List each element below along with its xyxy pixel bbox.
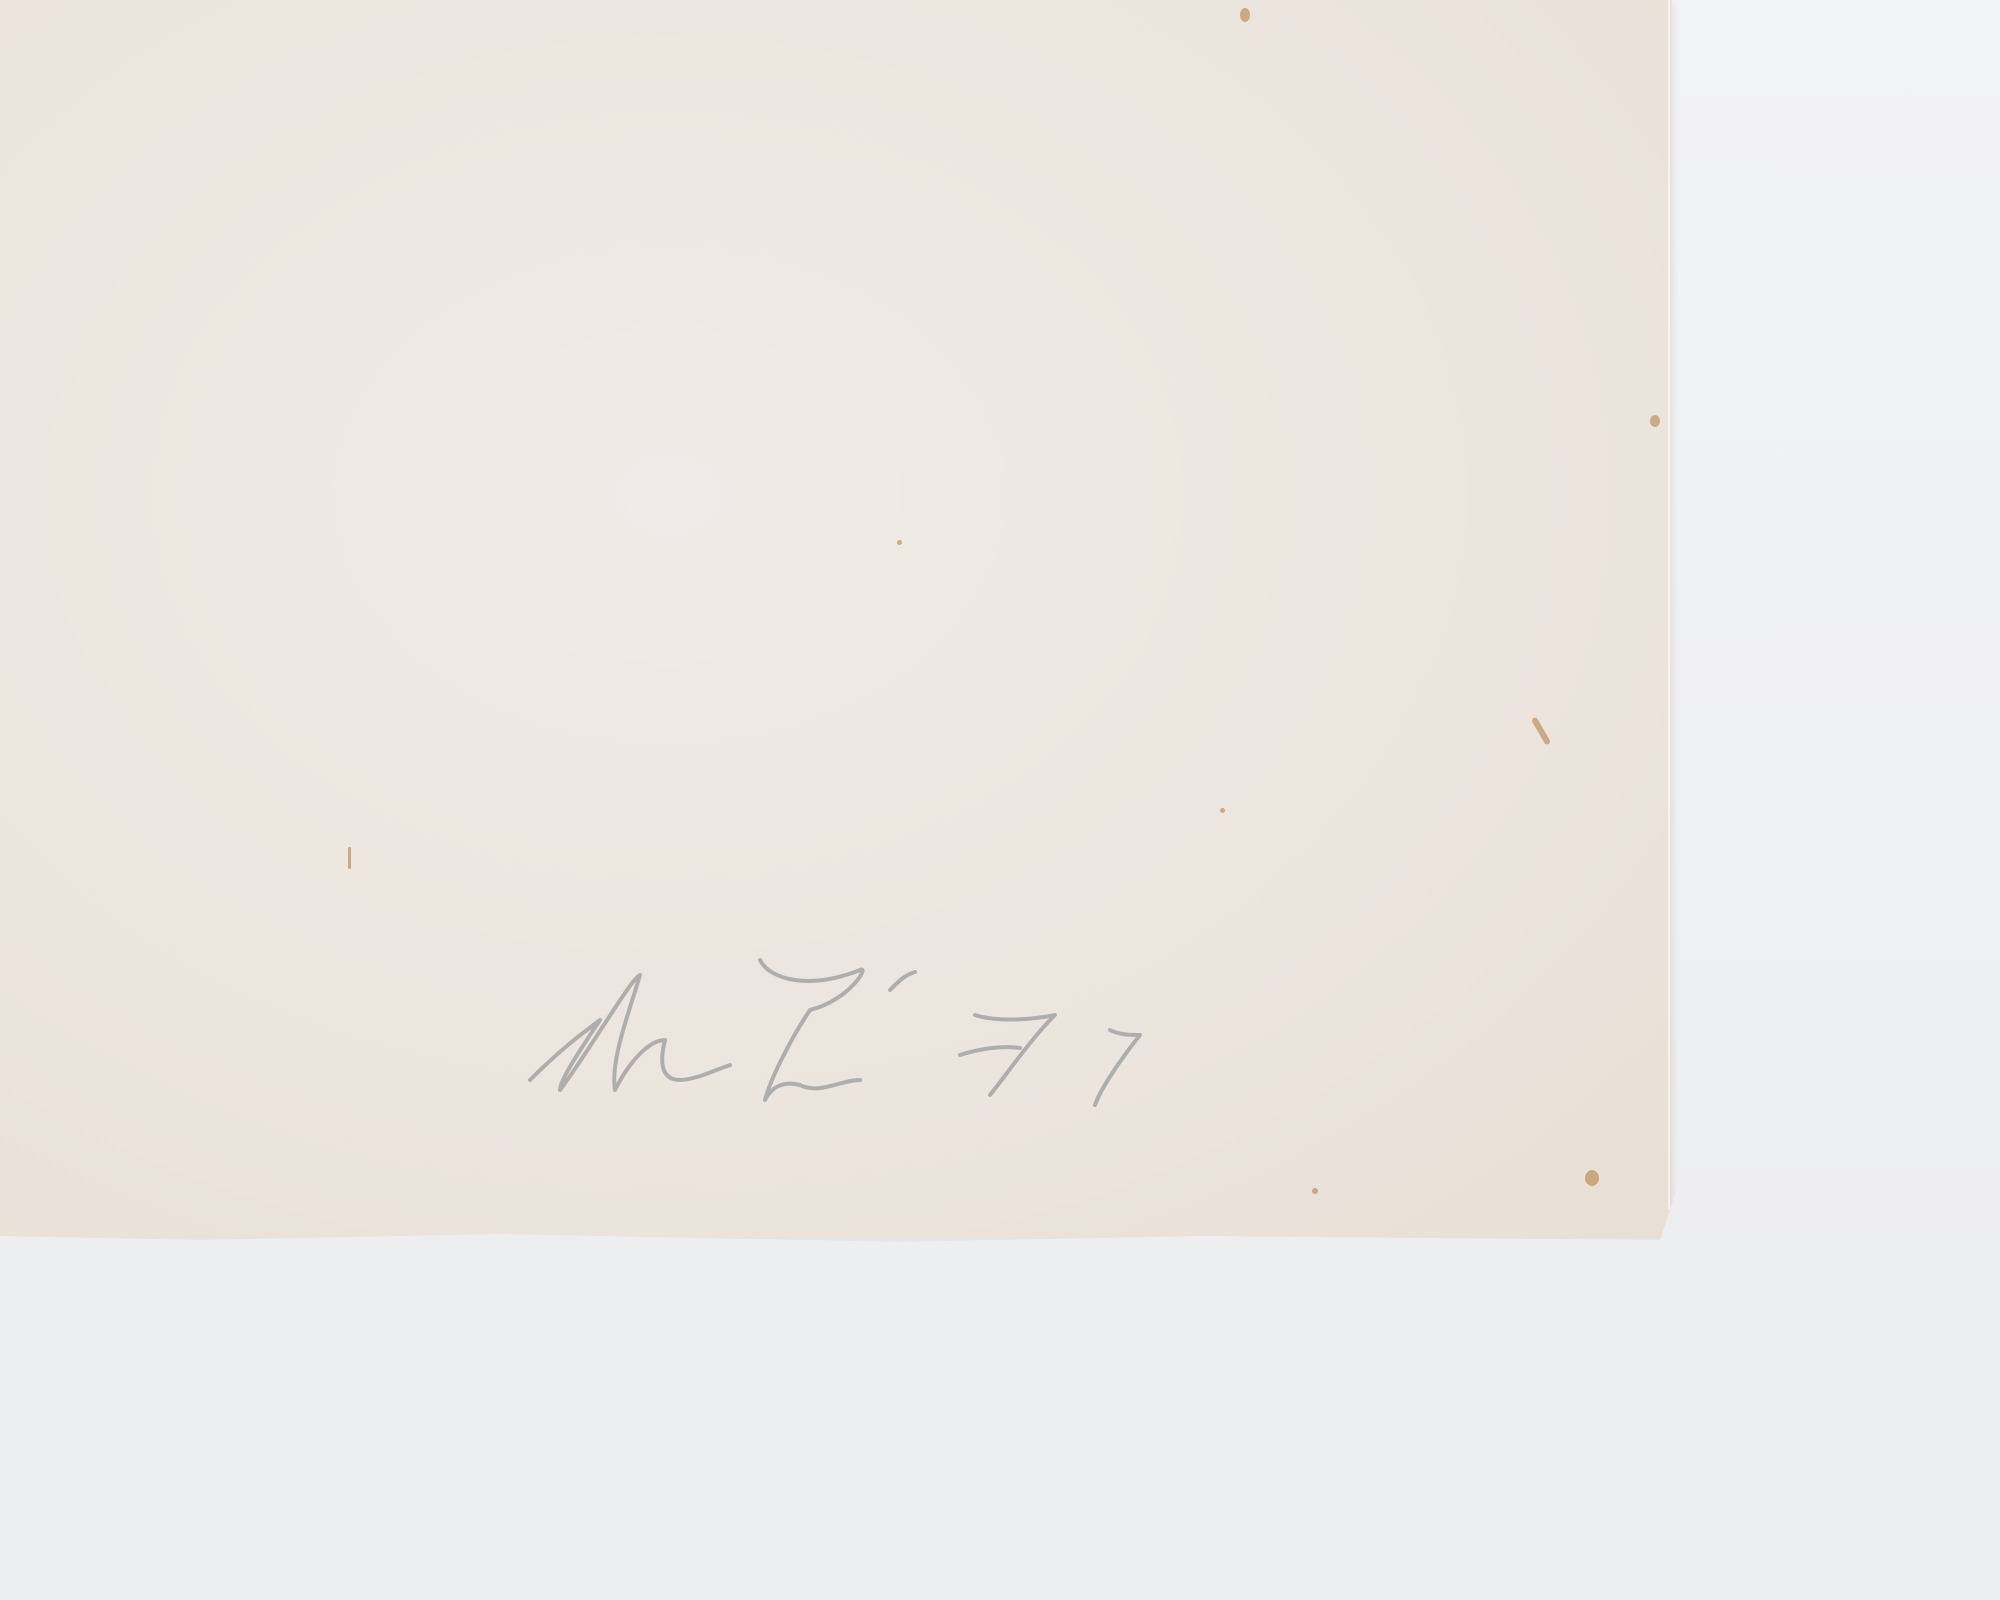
foxing-spot [1240, 8, 1250, 22]
foxing-spot [897, 540, 902, 545]
foxing-spot [1220, 808, 1225, 813]
foxing-spot [348, 847, 351, 869]
foxing-spot [1650, 415, 1660, 427]
pencil-signature: m L '79 [520, 940, 1440, 1120]
foxing-spot [1312, 1188, 1318, 1194]
foxing-spot [1585, 1170, 1599, 1186]
